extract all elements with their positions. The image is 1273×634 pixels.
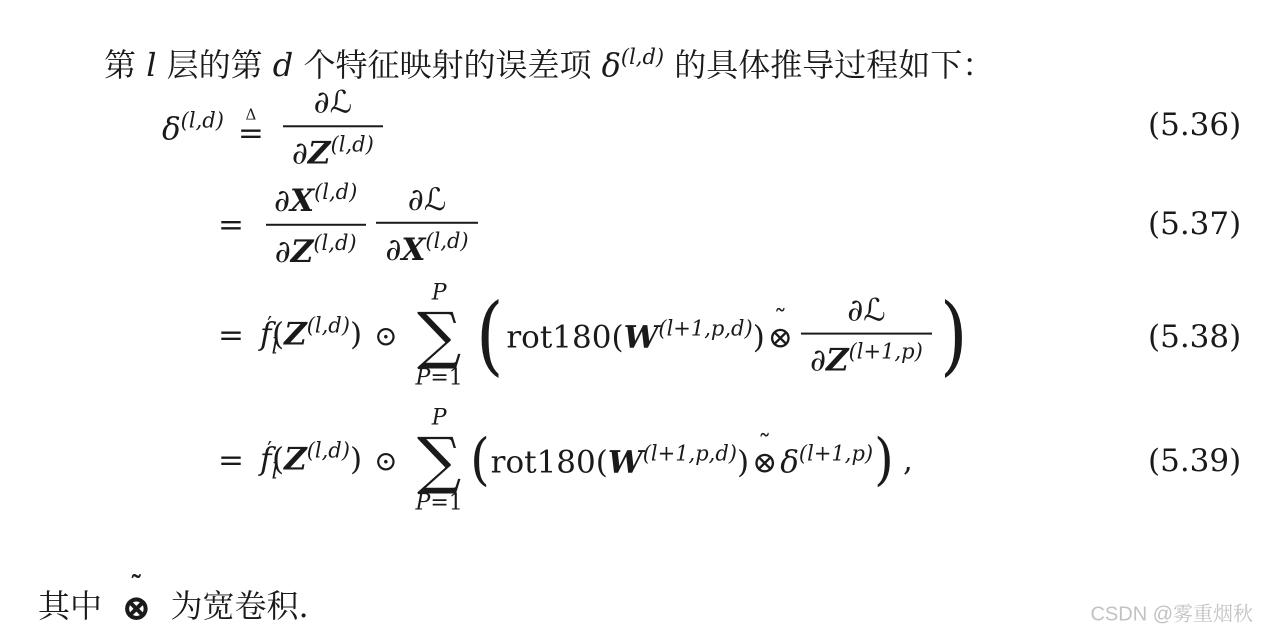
delta-superscript: (l,d) (181, 109, 224, 133)
big-right-paren: ) (940, 293, 968, 379)
Z-superscript: (l,d) (313, 231, 356, 255)
fraction-denominator: ∂Z(l,d) (266, 224, 366, 270)
var-Z: Z (284, 442, 307, 478)
right-paren: ) (350, 442, 362, 478)
rot180-label: rot180( (491, 444, 608, 480)
wide-convolution-operator: ˜⊗ (768, 320, 793, 355)
fraction-numerator: ∂X(l,d) (265, 181, 366, 224)
trailing-comma: , (903, 443, 913, 479)
partial-symbol: ∂ (275, 234, 291, 270)
rot180-label: rot180( (506, 319, 623, 355)
delta-superscript: (l+1,p) (799, 441, 873, 465)
equation-5-38: = fl′(Z(l,d)) ⊙ P∑P=1 ( rot180(W(l+1,p,d… (218, 283, 970, 390)
loss-symbol: ℒ (424, 181, 446, 217)
sum-lower-limit: P=1 (416, 492, 463, 514)
delta-symbol: δ (162, 112, 181, 148)
W-superscript: (l+1,p,d) (643, 441, 737, 465)
rot180-term: rot180(W(l+1,p,d))˜⊗ (506, 316, 796, 355)
tilde-accent: ˜ (130, 574, 143, 600)
f-prime-term: fl′(Z(l,d)) (260, 438, 362, 484)
equation-5-39: = fl′(Z(l,d)) ⊙ P∑P=1 ( rot180(W(l+1,p,d… (218, 408, 913, 515)
intro-text-2: 层的第 (156, 46, 272, 84)
partial-symbol: ∂ (274, 183, 290, 219)
intro-paragraph: 第 l 层的第 d 个特征映射的误差项 δ(l,d) 的具体推导过程如下： (104, 43, 994, 87)
var-Z: Z (308, 135, 331, 171)
textbook-page: 第 l 层的第 d 个特征映射的误差项 δ(l,d) 的具体推导过程如下： δ(… (0, 0, 1273, 634)
fraction-dX-dZ: ∂X(l,d) ∂Z(l,d) (265, 181, 366, 269)
tilde-accent: ˜ (758, 432, 771, 458)
intro-text-4: 的具体推导过程如下： (664, 46, 994, 84)
summation-symbol: P∑P=1 (416, 408, 463, 515)
var-W: W (624, 319, 659, 355)
sum-index: P (416, 490, 431, 515)
Z-superscript: (l,d) (307, 314, 350, 338)
sum-index-start: =1 (430, 365, 462, 390)
wide-convolution-operator: ˜⊗ (121, 587, 151, 629)
fraction-numerator: ∂ℒ (399, 182, 455, 222)
partial-symbol: ∂ (408, 181, 424, 217)
var-Z: Z (291, 234, 314, 270)
var-Z: Z (826, 343, 849, 379)
tilde-accent: ˜ (774, 307, 787, 333)
fraction-numerator: ∂ℒ (838, 293, 894, 333)
hadamard-operator: ⊙ (374, 319, 397, 352)
var-X: X (290, 183, 314, 219)
var-l: l (146, 46, 156, 84)
intro-text-1: 第 (104, 46, 146, 84)
X-superscript: (l,d) (425, 229, 468, 253)
lhs-delta: δ(l,d) (162, 109, 224, 148)
big-left-paren: ( (476, 293, 504, 379)
triangle-equals-symbol: Δ= (238, 107, 264, 149)
fraction-dL-dZ-next-layer: ∂ℒ ∂Z(l+1,p) (801, 293, 932, 378)
equation-number-5-39: (5.39) (1148, 443, 1241, 479)
partial-symbol: ∂ (385, 232, 401, 268)
equation-number-5-37: (5.37) (1148, 206, 1241, 242)
fraction-dL-dZ: ∂ℒ ∂Z(l,d) (283, 85, 383, 170)
footer-sentence: 其中 ˜⊗ 为宽卷积. (38, 581, 309, 629)
left-paren: ( (272, 442, 284, 478)
equation-5-37: = ∂X(l,d) ∂Z(l,d) ∂ℒ ∂X(l,d) (218, 181, 483, 269)
wide-convolution-operator: ˜⊗ (752, 445, 777, 480)
equation-5-36: δ(l,d) Δ= ∂ℒ ∂Z(l,d) (162, 85, 388, 170)
Z-superscript: (l+1,p) (849, 340, 923, 364)
delta-symbol: δ (602, 46, 621, 84)
rot180-term: rot180(W(l+1,p,d))˜⊗δ(l+1,p) (491, 441, 873, 480)
fraction-denominator: ∂X(l,d) (376, 222, 477, 268)
loss-symbol: ℒ (863, 292, 885, 328)
fraction-numerator: ∂ℒ (305, 85, 361, 125)
equation-number-5-38: (5.38) (1148, 319, 1241, 355)
csdn-watermark: CSDN @雾重烟秋 (1090, 598, 1253, 627)
rot180-close-paren: ) (753, 319, 765, 355)
Z-superscript: (l,d) (307, 439, 350, 463)
intro-text-3: 个特征映射的误差项 (293, 46, 601, 84)
f-prime-term: fl′(Z(l,d)) (260, 313, 362, 359)
equals-sign: = (218, 318, 244, 354)
partial-symbol: ∂ (810, 343, 826, 379)
summation-symbol: P∑P=1 (416, 283, 463, 390)
partial-symbol: ∂ (847, 292, 863, 328)
big-right-paren: ) (874, 433, 894, 489)
equals-sign: = (218, 207, 244, 243)
sum-index-start: =1 (430, 490, 462, 515)
fraction-denominator: ∂Z(l+1,p) (801, 333, 932, 379)
delta-symbol: δ (780, 444, 799, 480)
W-superscript: (l+1,p,d) (658, 316, 752, 340)
loss-symbol: ℒ (330, 84, 352, 120)
footer-text-1: 其中 (38, 587, 112, 625)
equals-glyph: = (238, 118, 264, 149)
sigma-glyph: ∑ (417, 433, 461, 489)
equals-sign: = (218, 443, 244, 479)
var-W: W (608, 444, 643, 480)
var-Z: Z (284, 317, 307, 353)
rot180-close-paren: ) (737, 444, 749, 480)
sigma-glyph: ∑ (417, 308, 461, 364)
Z-superscript: (l,d) (331, 132, 374, 156)
delta-superscript: (l,d) (621, 45, 664, 69)
fraction-dL-dX: ∂ℒ ∂X(l,d) (376, 182, 477, 267)
partial-symbol: ∂ (292, 135, 308, 171)
sum-index: P (416, 365, 431, 390)
footer-text-2: 为宽卷积. (160, 587, 308, 625)
hadamard-operator: ⊙ (374, 444, 397, 477)
partial-symbol: ∂ (314, 84, 330, 120)
left-paren: ( (272, 317, 284, 353)
sum-lower-limit: P=1 (416, 367, 463, 389)
big-left-paren: ( (470, 433, 490, 489)
right-paren: ) (350, 317, 362, 353)
var-d: d (273, 46, 293, 84)
X-superscript: (l,d) (314, 180, 357, 204)
var-X: X (401, 232, 425, 268)
fraction-denominator: ∂Z(l,d) (283, 125, 383, 171)
equation-number-5-36: (5.36) (1148, 107, 1241, 143)
